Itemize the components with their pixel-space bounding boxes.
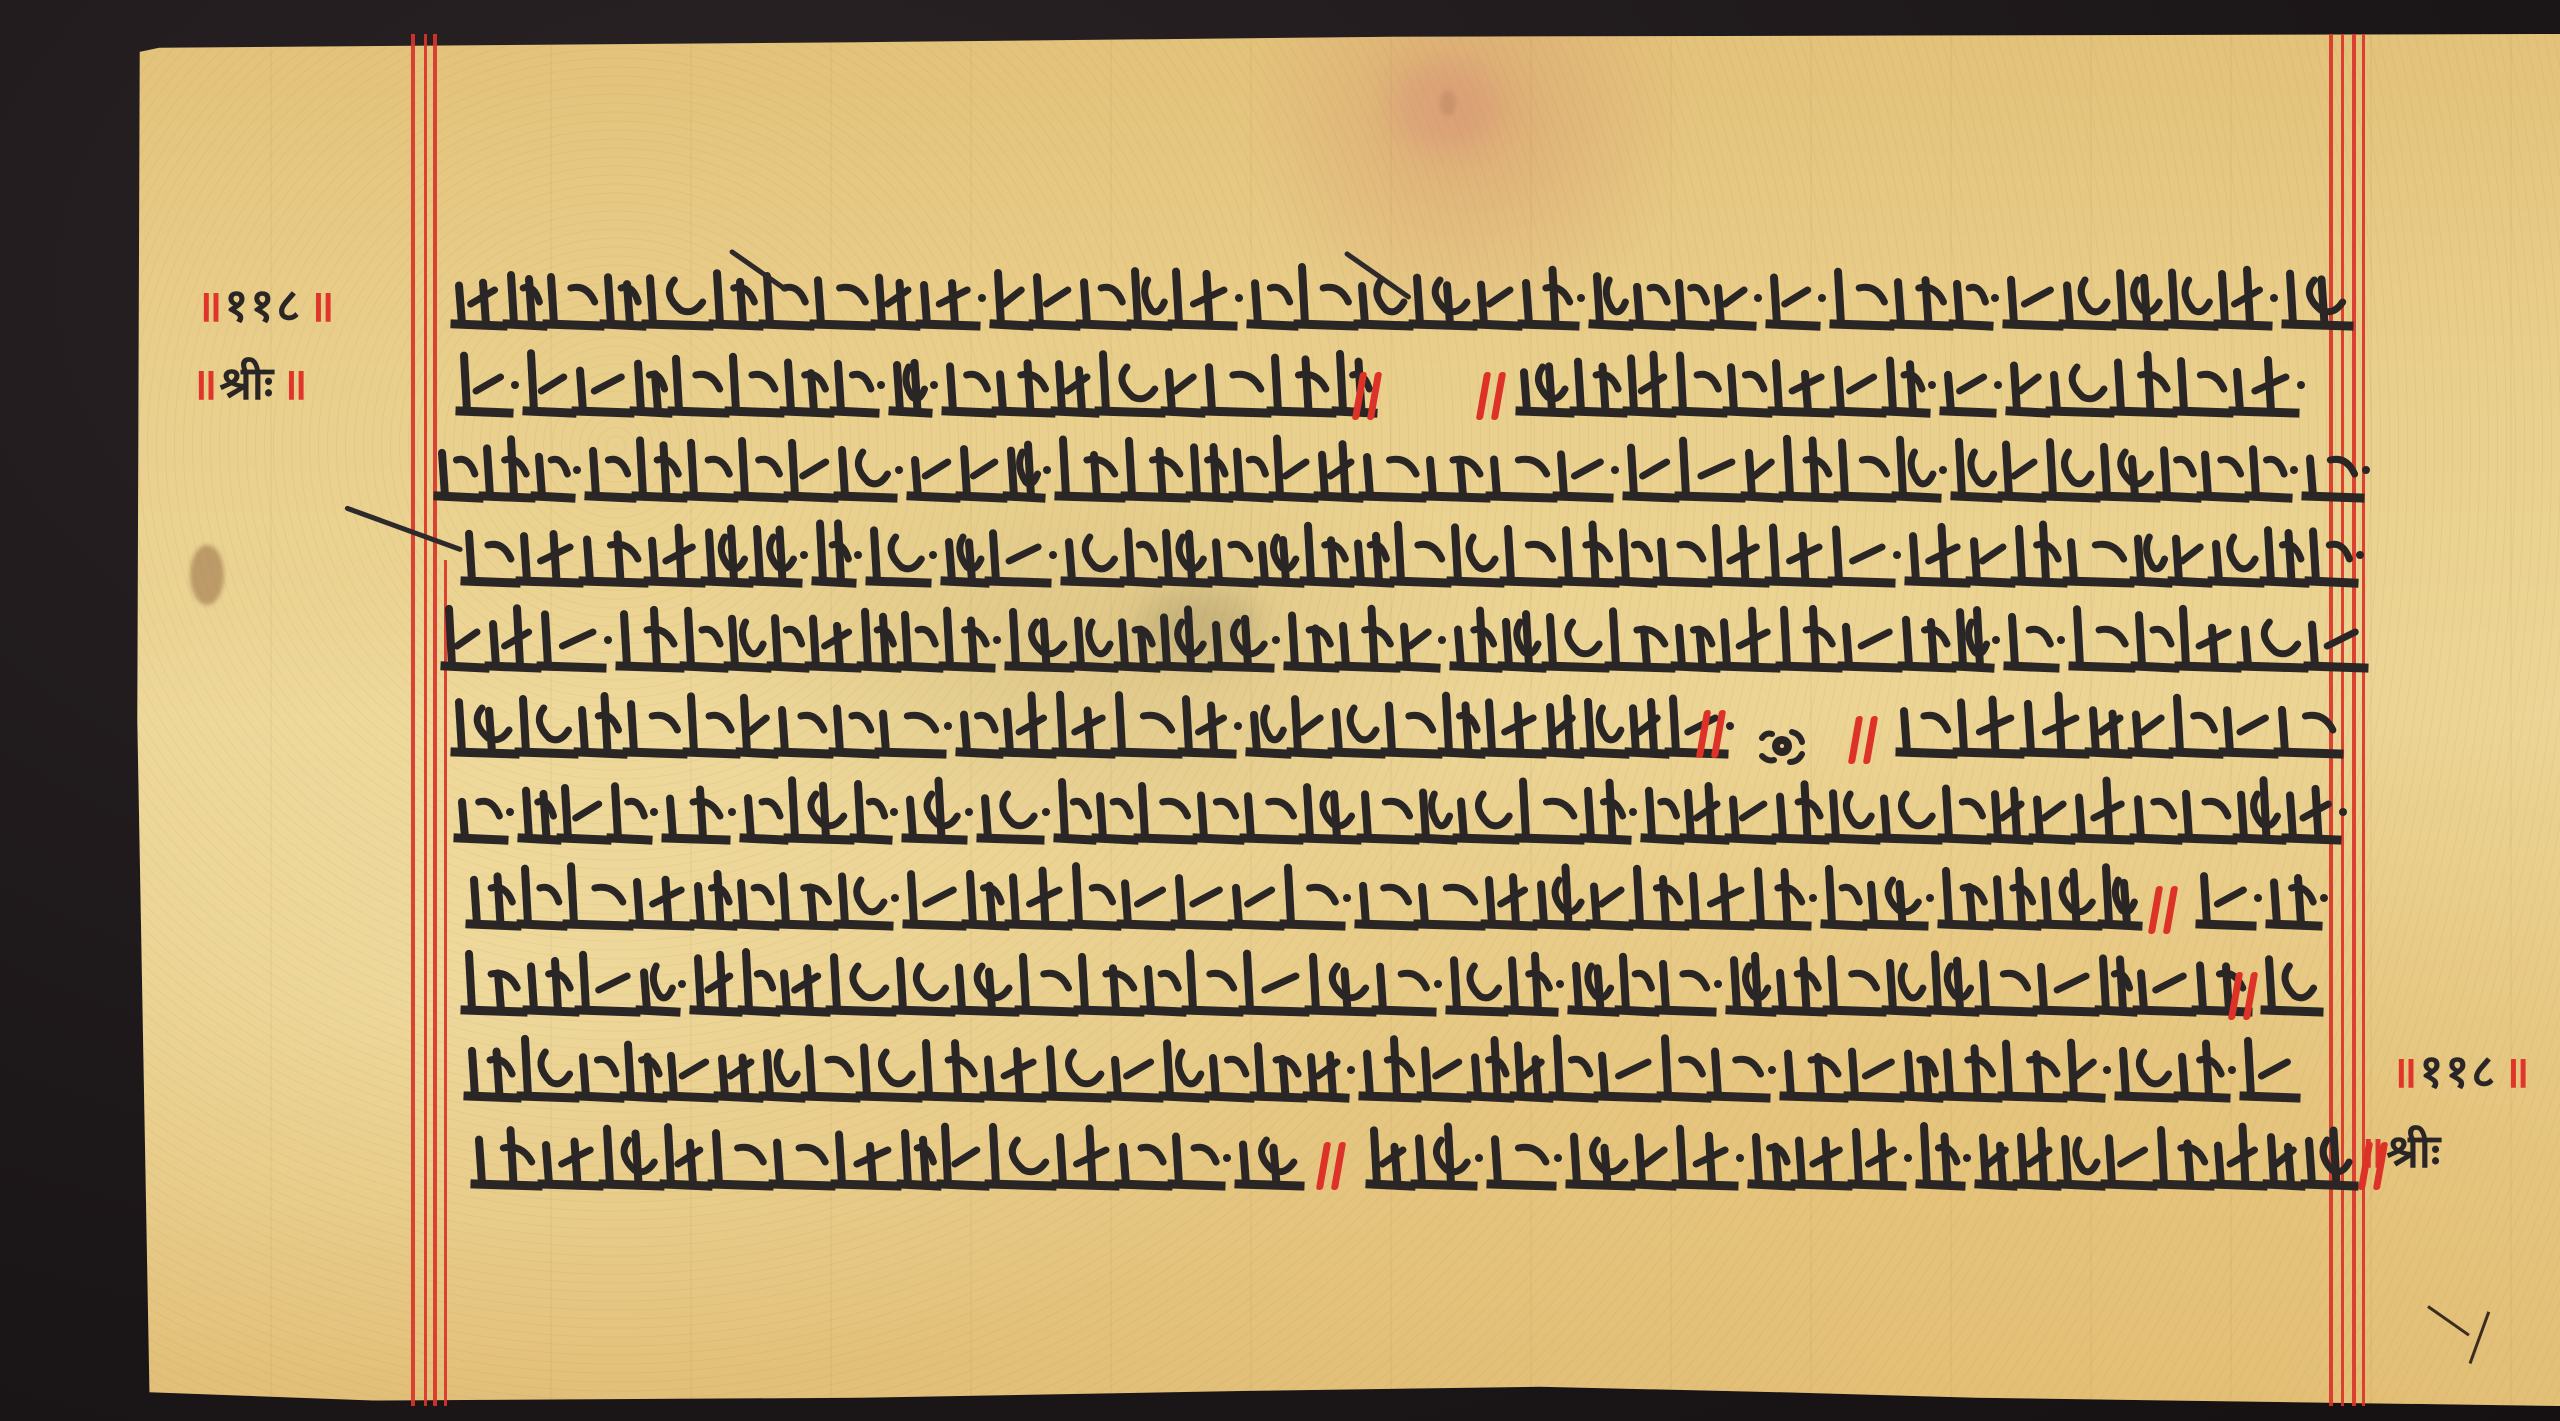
rubric-danda-right-folio <box>2362 1142 2388 1190</box>
manuscript-text-line <box>0 345 2560 423</box>
manuscript-text-line <box>0 1030 2560 1108</box>
manuscript-text-line <box>0 258 2560 336</box>
rubric-danda-line11-a <box>1320 1142 1346 1190</box>
manuscript-text-line <box>0 772 2560 850</box>
rubric-danda-line9 <box>2232 972 2258 1020</box>
rubric-danda-line2-a <box>1356 372 1382 420</box>
manuscript-text-line <box>0 600 2560 678</box>
manuscript-text-line <box>0 686 2560 764</box>
manuscript-text-line <box>0 515 2560 593</box>
rubric-danda-line8 <box>2152 886 2178 934</box>
rubric-danda-line2-b <box>1480 372 1506 420</box>
rubric-danda-line6-b <box>1852 716 1878 764</box>
top-pink-stain <box>1390 60 1500 150</box>
lotus-ornament-icon <box>1752 716 1812 776</box>
manuscript-text-line <box>0 944 2560 1022</box>
manuscript-text-line <box>0 430 2560 508</box>
rubric-danda-line6-a <box>1700 710 1726 758</box>
manuscript-text-line <box>0 1118 2560 1196</box>
